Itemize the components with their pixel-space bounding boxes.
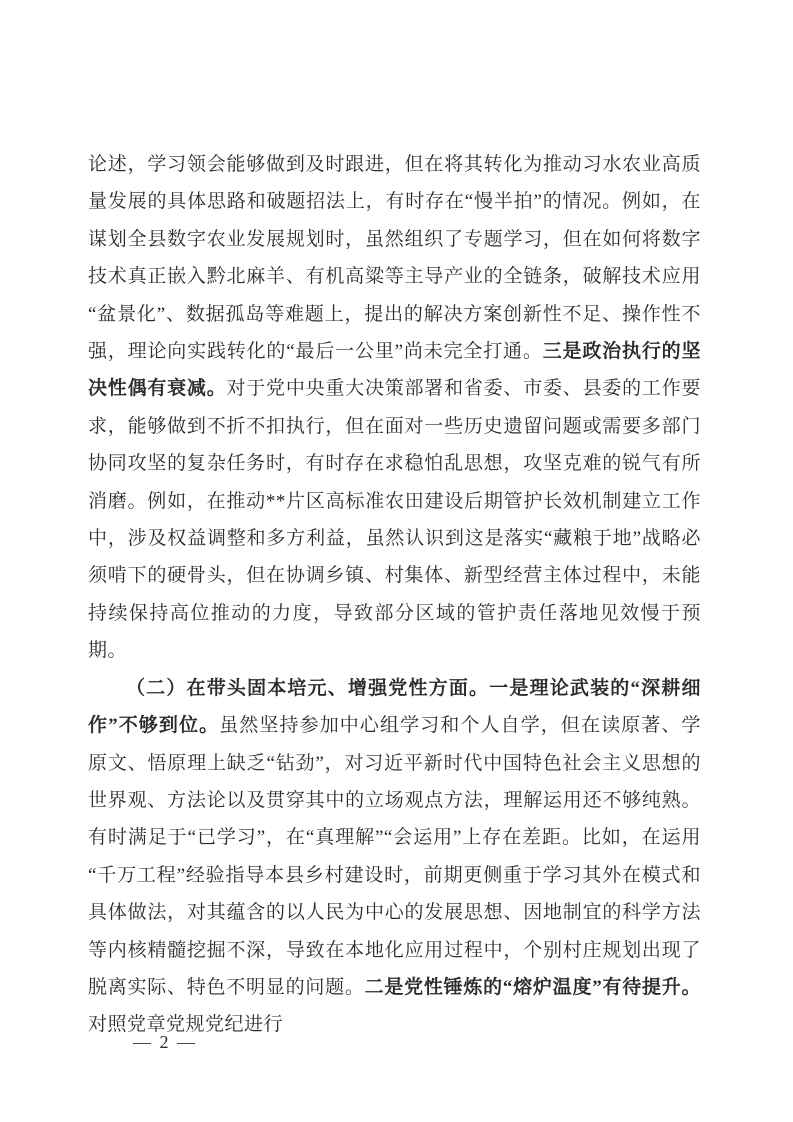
paragraph-section-two: （二）在带头固本培元、增强党性方面。一是理论武装的“深耕细作”不够到位。虽然坚持… xyxy=(88,670,701,1044)
text-run: 虽然坚持参加中心组学习和个人自学，但在读原著、学原文、悟原理上缺乏“钻劲”，对习… xyxy=(88,715,701,998)
page-number: — 2 — xyxy=(133,1030,197,1054)
bold-lead-sentence: 二是党性锤炼的“熔炉温度”有待提升。 xyxy=(365,977,701,998)
section-heading: （二）在带头固本培元、增强党性方面。 xyxy=(126,678,489,699)
text-run: 论述，学习领会能够做到及时跟进，但在将其转化为推动习水农业高质量发展的具体思路和… xyxy=(88,154,701,362)
paragraph-continuation: 论述，学习领会能够做到及时跟进，但在将其转化为推动习水农业高质量发展的具体思路和… xyxy=(88,146,701,670)
document-body-text: 论述，学习领会能够做到及时跟进，但在将其转化为推动习水农业高质量发展的具体思路和… xyxy=(88,146,701,1044)
text-run: 对于党中央重大决策部署和省委、市委、县委的工作要求，能够做到不折不扣执行，但在面… xyxy=(88,378,701,661)
document-page: 论述，学习领会能够做到及时跟进，但在将其转化为推动习水农业高质量发展的具体思路和… xyxy=(0,0,793,1122)
